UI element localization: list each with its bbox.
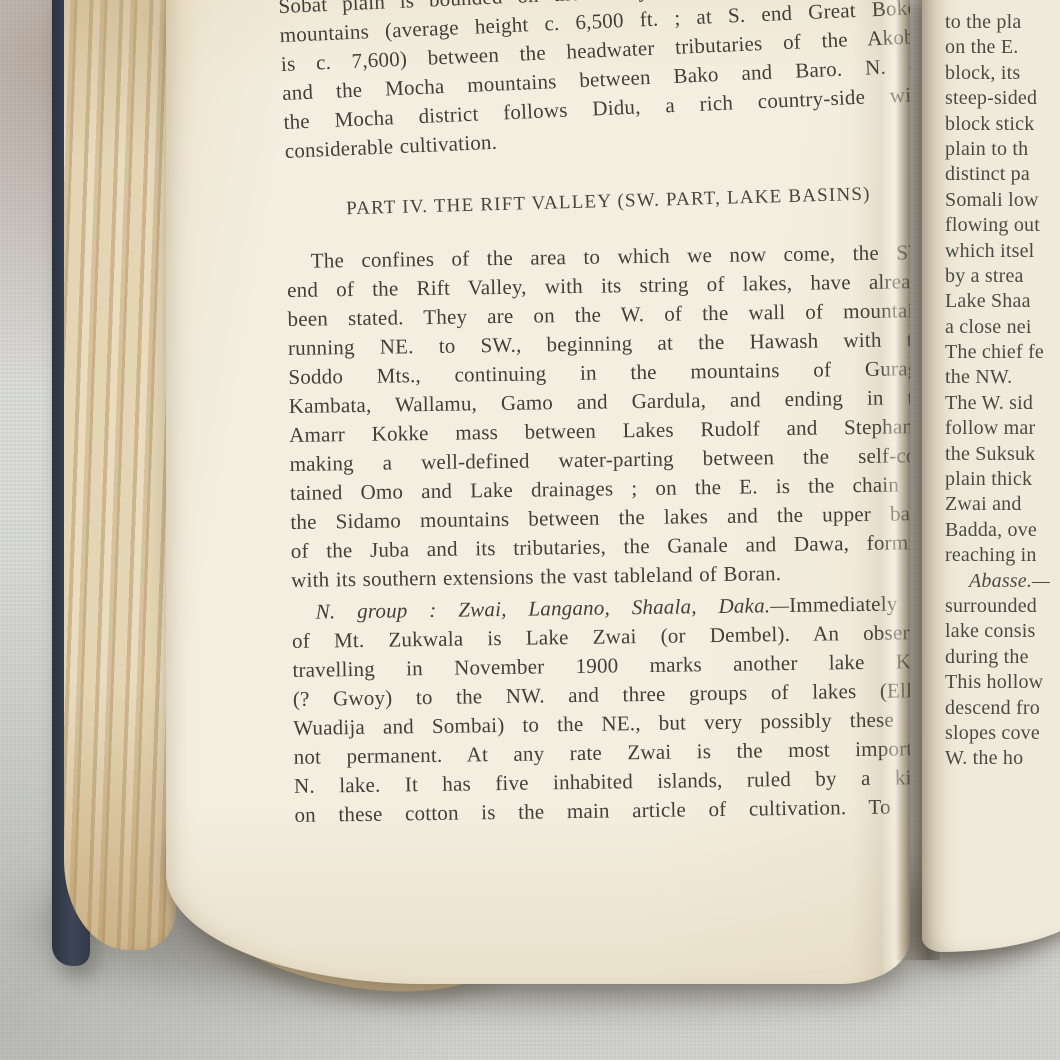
left-page-text: Sobat plain is bounded on the E. by the … xyxy=(283,0,910,830)
text-line: slopes cove xyxy=(945,721,1060,746)
text-line: Zwai and xyxy=(945,492,1060,517)
paragraph-n-group: N. group : Zwai, Langano, Shaala, Daka.—… xyxy=(291,589,910,830)
text-line: the Suksuk xyxy=(945,442,1060,467)
paragraph-sobat-plain: Sobat plain is bounded on the E. by the … xyxy=(278,0,910,166)
text-line: by a strea xyxy=(945,264,1060,289)
photo-of-open-book: Sobat plain is bounded on the E. by the … xyxy=(0,0,1060,1060)
text-line: flowing out xyxy=(945,213,1060,238)
right-page: to the plaon the E.block, itssteep-sided… xyxy=(922,0,1060,952)
text-line: The chief fe xyxy=(945,340,1060,365)
n-group-roman-tail: Immediately S. xyxy=(789,591,910,617)
text-line: Somali low xyxy=(945,188,1060,213)
text-line: block stick xyxy=(945,112,1060,137)
text-line: on the E. xyxy=(945,35,1060,60)
page-fore-edges xyxy=(64,0,176,950)
text-line: plain thick xyxy=(945,467,1060,492)
text-line: which itsel xyxy=(945,239,1060,264)
paragraph-confines: The confines of the area to which we now… xyxy=(287,238,910,595)
text-line: lake consis xyxy=(945,619,1060,644)
text-line: descend fro xyxy=(945,696,1060,721)
text-line: distinct pa xyxy=(945,162,1060,187)
text-line: steep-sided xyxy=(945,86,1060,111)
text-line: Lake Shaa xyxy=(945,289,1060,314)
text-line: during the xyxy=(945,645,1060,670)
text-line: W. the ho xyxy=(945,746,1060,771)
n-group-italic-lead: N. group : Zwai, Langano, Shaala, Daka.— xyxy=(315,593,789,624)
text-line: plain to th xyxy=(945,137,1060,162)
text-line: The W. sid xyxy=(945,391,1060,416)
left-page: Sobat plain is bounded on the E. by the … xyxy=(166,0,910,984)
text-line: Badda, ove xyxy=(945,518,1060,543)
text-line: block, its xyxy=(945,61,1060,86)
text-line: to the pla xyxy=(945,10,1060,35)
text-line: a close nei xyxy=(945,315,1060,340)
text-line: the NW. xyxy=(945,365,1060,390)
text-line: surrounded xyxy=(945,594,1060,619)
text-line: follow mar xyxy=(945,416,1060,441)
text-line: Abasse.— xyxy=(945,569,1060,594)
text-line: reaching in xyxy=(945,543,1060,568)
right-page-text: to the plaon the E.block, itssteep-sided… xyxy=(945,10,1060,772)
part-iv-heading: PART IV. THE RIFT VALLEY (SW. PART, LAKE… xyxy=(286,178,910,225)
paragraph-n-group-rest: of Mt. Zukwala is Lake Zwai (or Dembel).… xyxy=(292,618,910,830)
text-line: This hollow xyxy=(945,670,1060,695)
